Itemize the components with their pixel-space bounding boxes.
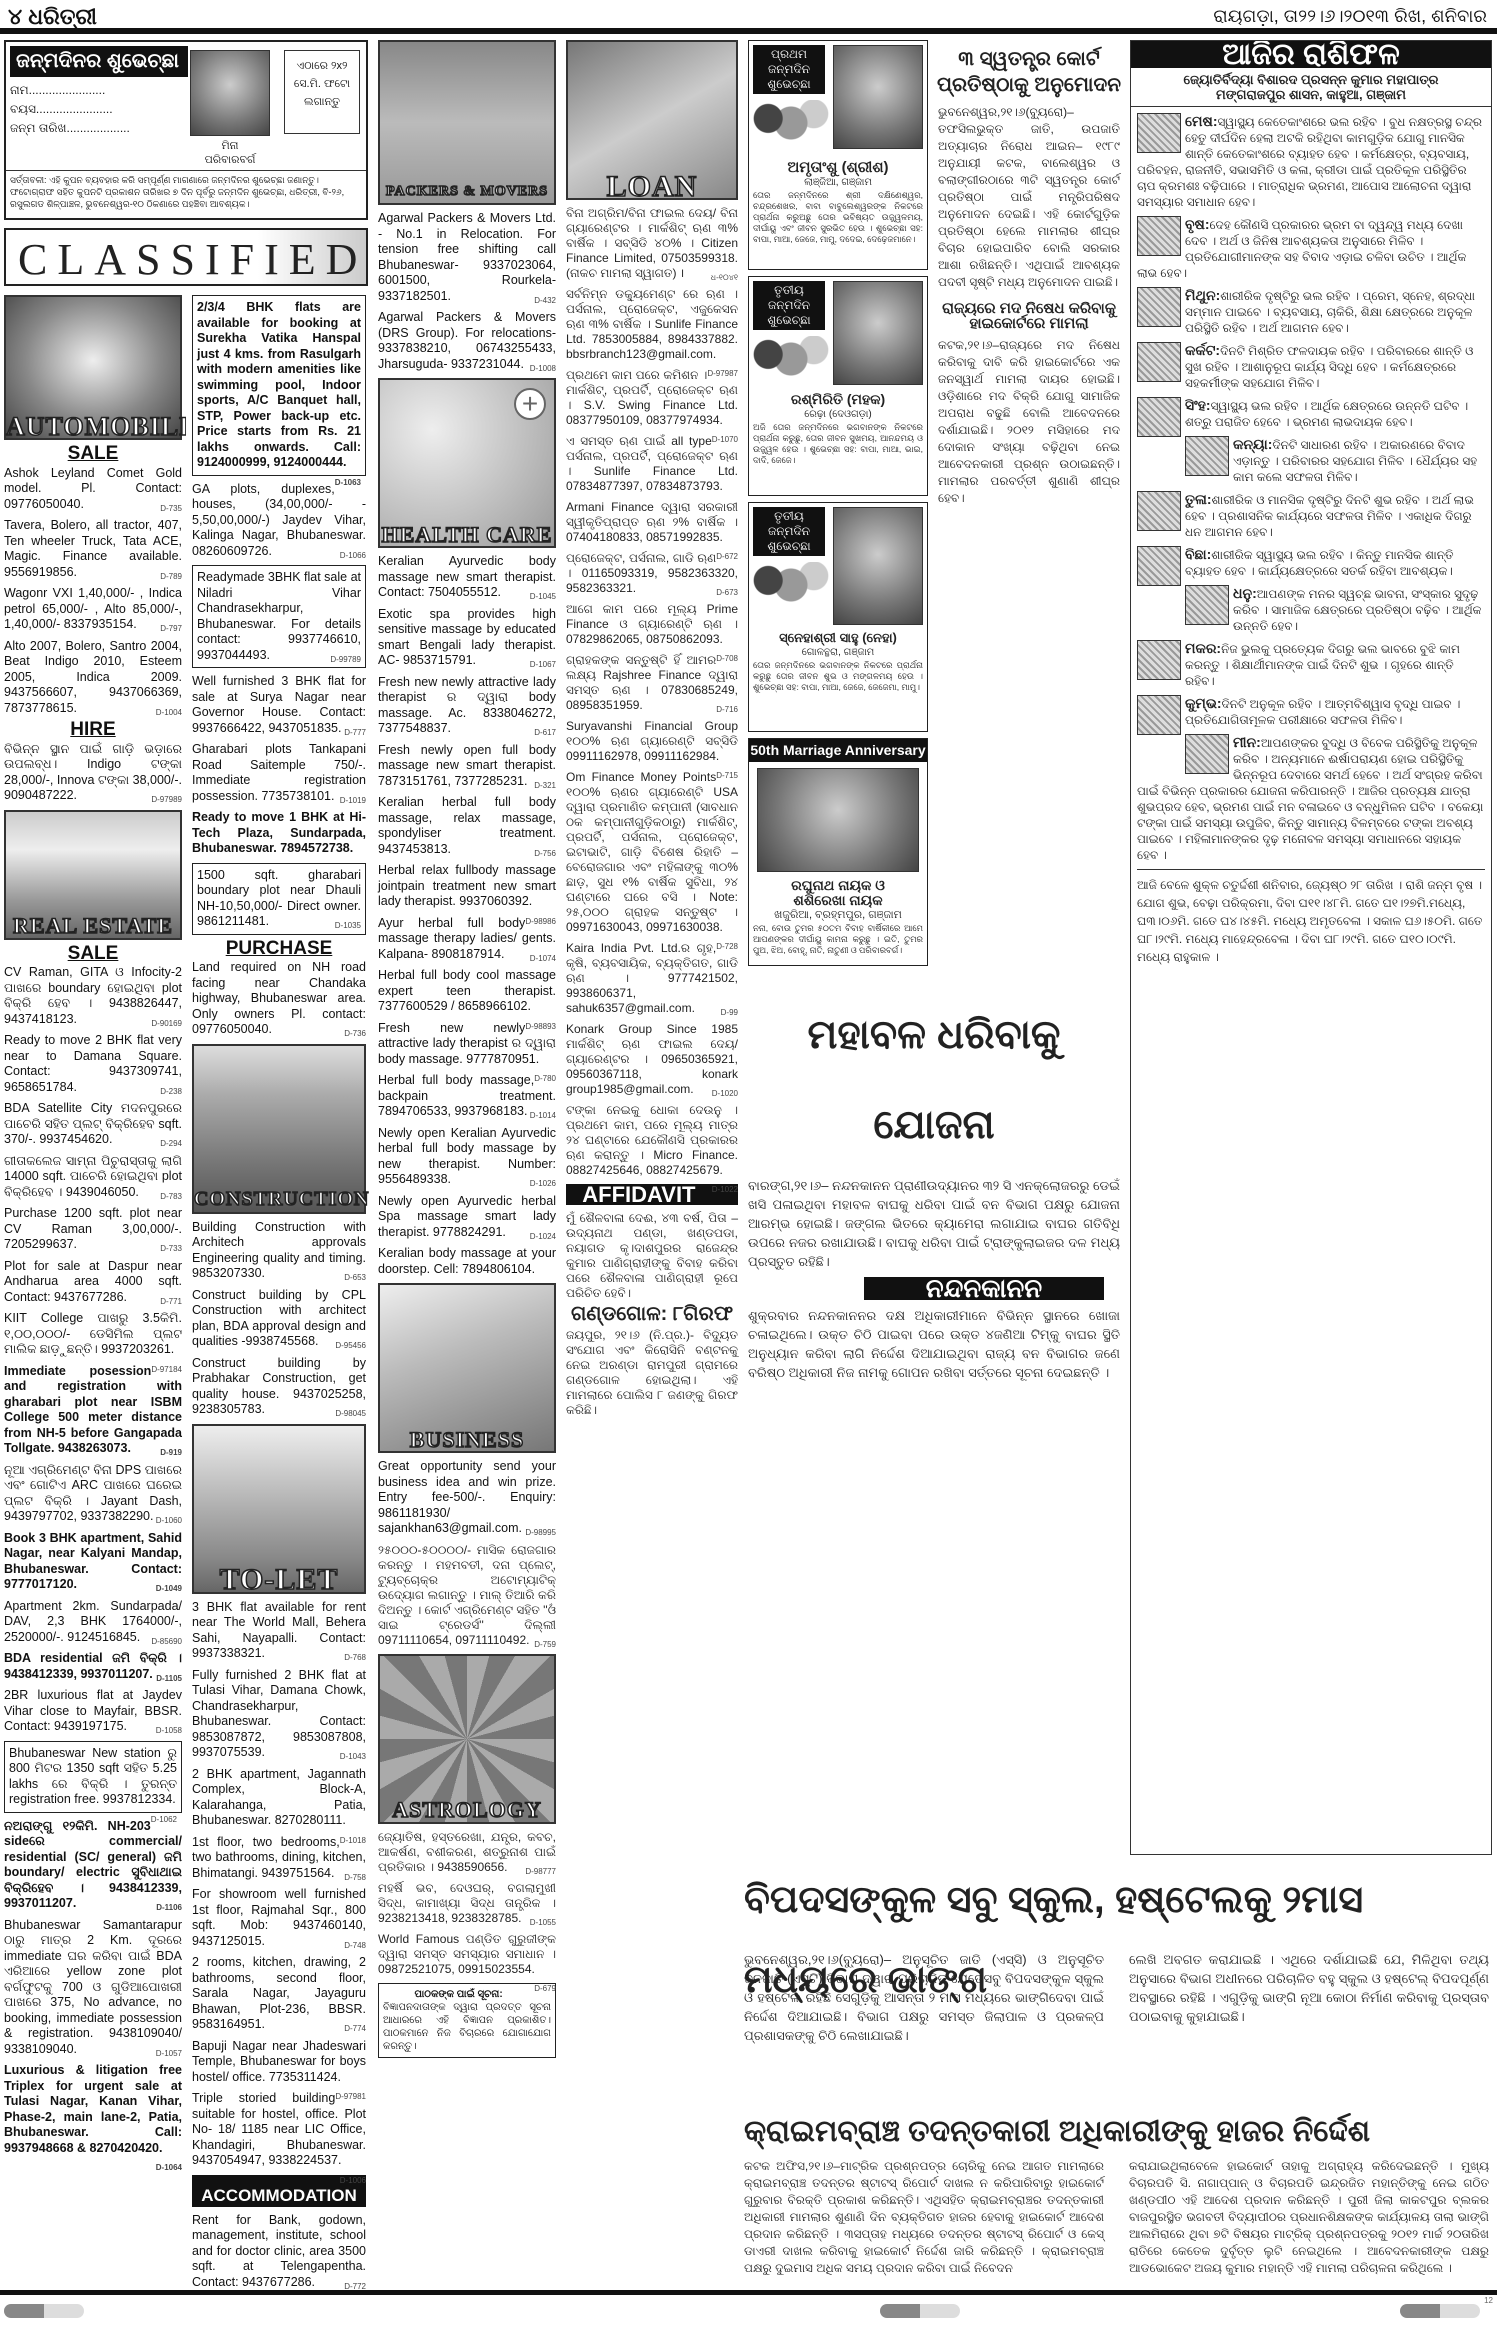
greeting-tag: ପ୍ରଥମ ଜନ୍ମଦିନ ଶୁଭେଚ୍ଛା: [753, 45, 825, 94]
sagittarius-icon: [1185, 585, 1229, 625]
coupon-title: ଜନ୍ମଦିନର ଶୁଭେଚ୍ଛା: [10, 46, 188, 77]
sample-caption-family: ପରିବାରବର୍ଗ: [190, 154, 270, 167]
child-photo: [833, 507, 923, 625]
classified-ad: Ready to move 1 BHK at Hi-Tech Plaza, Su…: [192, 810, 366, 857]
rasi-bichha: ବିଛା:ଶାରୀରିକ ସ୍ୱାସ୍ଥ୍ୟ ଭଲ ରହିବ । କିନ୍ତୁ …: [1137, 546, 1485, 579]
aquarius-icon: [1137, 695, 1181, 735]
classified-ad: Land required on NH road facing near Cha…: [192, 960, 366, 1038]
cancer-icon: [1137, 342, 1181, 382]
classified-ad: ଗୀତାକଲେଜ ସାମ୍ନା ପିଚୁରାସ୍ତାକୁ ଲାଗି 14000 …: [4, 1154, 182, 1201]
page-number: 12: [1484, 2296, 1493, 2305]
reader-notice-title: ପାଠକଙ୍କ ପାଇଁ ସୂଚନା:: [383, 1988, 551, 2001]
classified-ad: Building Construction with Architech app…: [192, 1220, 366, 1282]
classified-ad: CV Raman, GITA ଓ Infocity-2 ପାଖରେ bounda…: [4, 965, 182, 1027]
classified-ad: BDA residential ଜମି ବିକ୍ରି । 9438412339,…: [4, 1651, 182, 1682]
classified-ad: 3 BHK flat available for rent near The W…: [192, 1600, 366, 1662]
child-place: ରେଢ଼ା (ଦେଓଗଡ଼ା): [753, 407, 923, 422]
classified-ad: ସର୍ବନିମ୍ନ ଡକ୍ୟୁମେଣ୍ଟ ରେ ଋଣ । ପର୍ସନାଲ, ପ୍…: [566, 287, 738, 362]
classified-ad: ନଅରାଙ୍ଗୁ ୧୨କିମି. NH-203 sideରେ commercia…: [4, 1819, 182, 1912]
birthday-greeting: ତୃତୀୟ ଜନ୍ମଦିନ ଶୁଭେଚ୍ଛା ରଶ୍ମିରିତି (ମହକ) ର…: [748, 276, 928, 496]
rasi-mesha: ମେଷ:ସ୍ୱାସ୍ଥ୍ୟ କେତେକାଂଶରେ ଭଲ ରହିବ । ବୁଧ ନ…: [1137, 113, 1485, 210]
column-property: 2/3/4 BHK flats are available for bookin…: [188, 295, 370, 2290]
classified-ad: KIIT College ପାଖରୁ 3.5କିମି. ୧,୦୦,୦୦୦/- ଡ…: [4, 1311, 182, 1358]
classified-ad: Herbal full body cool massage expert tee…: [378, 968, 556, 1015]
classified-ad: 2BR luxurious flat at Jaydev Vihar close…: [4, 1688, 182, 1735]
column-services: PACKERS & MOVERS Agarwal Packers & Mover…: [374, 40, 560, 2290]
crime-body-left: କଟକ ଅଫିସ,୨୧।୬–ମାଟ୍ରିକ ପ୍ରଶ୍ନପତ୍ର ଚୋରିକୁ …: [744, 2158, 1104, 2277]
child-photo: [833, 281, 923, 385]
birthday-greeting: ପ୍ରଥମ ଜନ୍ମଦିନ ଶୁଭେଚ୍ଛା ଅମୃତାଂଶୁ (ଶ୍ରୀଶ) …: [748, 40, 928, 270]
horoscope-author-place: ମଙ୍ଗରାଜପୁର ଶାସନ, କାହୁଆ, ଗଞ୍ଜାମ: [1131, 87, 1491, 107]
mahabala-s: ନନ୍ଦନକାନନ: [864, 1277, 1104, 1300]
liquor-body: କଟକ,୨୧।୬–ରାଜ୍ୟରେ ମଦ ନିଷେଧ କରିବାକୁ ଦାବି କ…: [938, 337, 1120, 507]
hire-heading: HIRE: [0, 722, 186, 738]
pisces-icon: [1185, 734, 1229, 774]
greeting-tag: ତୃତୀୟ ଜନ୍ମଦିନ ଶୁଭେଚ୍ଛା: [753, 281, 825, 330]
classified-ad: ଗ୍ରାହକଙ୍କ ସନ୍ତୁଷ୍ଟି ହିଁ ଆମର ଲକ୍ଷ୍ୟ Rajsh…: [566, 653, 738, 713]
classified-ad: Ready to move 2 BHK flat very near to Da…: [4, 1033, 182, 1095]
classified-ad: Great opportunity send your business ide…: [378, 1459, 556, 1537]
classified-ad: ମହର୍ଷି ଭବ, ଦେଓଘର୍, ବଗଲାମୁଖୀ ସିଦ୍ଧ, କାମାଖ…: [378, 1881, 556, 1926]
realestate-banner: REAL ESTATE: [4, 810, 182, 940]
child-place: ଲାଞ୍ଜିଆ, ଗଞ୍ଜାମ: [753, 175, 923, 190]
aries-icon: [1137, 113, 1181, 153]
balloons-icon: [753, 336, 829, 382]
plus-icon: +: [514, 388, 546, 420]
liquor-headline-line1: ରାଜ୍ୟରେ ମଦ ନିଷେଧ କରିବାକୁ: [934, 301, 1124, 316]
classified-ad: ବିଭିନ୍ନ ସ୍ଥାନ ପାଇଁ ଗାଡ଼ି ଭଡ଼ାରେ ଉପଲବ୍ଧ। …: [4, 742, 182, 804]
construction-banner: CONSTRUCTION: [192, 1044, 366, 1214]
classified-ad: ପ୍ରୋଜେକ୍ଟ, ପର୍ସନାଲ, ଗାଡି ଋଣ । 0116509331…: [566, 551, 738, 596]
news-short-body: ଜୟପୁର, ୨୧।୬ (ନି.ପ୍ର.)- ବିଦ୍ୟୁତ ସଂଯୋଗ ଏବଂ…: [566, 1328, 738, 1418]
classified-ad: Keralian herbal full body massage, relax…: [378, 795, 556, 857]
astrology-banner: ASTROLOGY: [378, 1654, 556, 1824]
rasi-kanya: କନ୍ୟା:ଦିନଟି ସାଧାରଣ ରହିବ । ଅକାରଣରେ ବିବାଦ …: [1137, 436, 1485, 485]
crime-body-right: କରାଯାଇଥିଲାବେଳେ ହାଇକୋର୍ଟ ତାହାକୁ ଅଗ୍ରାହ୍ୟ …: [1129, 2158, 1489, 2277]
balloons-icon: [753, 562, 829, 608]
classified-ad: Bhubaneswar Samantarapur ଠାରୁ ମାତ୍ର 2 Km…: [4, 1918, 182, 2058]
classified-ad: Readymade 3BHK flat sale at Niladri Viha…: [192, 565, 366, 668]
classified-ad: 2/3/4 BHK flats are available for bookin…: [192, 295, 366, 476]
classified-ad: GA plots, duplexes, houses, (34,00,000/-…: [192, 482, 366, 560]
reader-notice: ପାଠକଙ୍କ ପାଇଁ ସୂଚନା: ବିଜ୍ଞାପନଦାତାଙ୍କ ଦ୍ୱା…: [378, 1983, 556, 2058]
sample-caption-name: ମିନା: [190, 140, 270, 153]
classified-ad: BDA Satellite City ମଦନପୁରରେ ପାଚେରି ସହିତ …: [4, 1101, 182, 1148]
classified-ad: Gharabari plots Tankapani Road Saitemple…: [192, 742, 366, 804]
horoscope-section: ଆଜିର ରାଶିଫଳ ଜ୍ୟୋତିର୍ବିଦ୍ୟା ବିଶାରଦ ପ୍ରସନ୍…: [1130, 40, 1492, 1855]
rasi-makara: ମକର:ନିଜ ଭୁଲକୁ ପ୍ରତ୍ୟେକ ଦିଗରୁ ଭଲ ଭାବରେ ବୁ…: [1137, 640, 1485, 689]
packers-banner: PACKERS & MOVERS: [378, 40, 556, 205]
child-name: ସ୍ନେହାଶ୍ରୀ ସାହୁ (ନେହା): [753, 630, 923, 645]
footer-rule: [0, 2290, 1497, 2295]
classified-ad: Wagonr VXI 1,40,000/- , Indica petrol 65…: [4, 586, 182, 633]
child-photo: [833, 45, 923, 149]
school-body-right: ଲେଖି ଅବଗତ କରାଯାଇଛି । ଏଥିରେ ଦର୍ଶାଯାଇଛି ଯେ…: [1129, 1950, 1489, 2026]
header-rule: [0, 28, 1497, 34]
classified-ad: Immediate posession and registration wit…: [4, 1364, 182, 1457]
rasi-karkata: କର୍କଟ:ଦିନଟି ମିଶ୍ରିତ ଫଳଦାୟକ ରହିବ । ପରିବାର…: [1137, 342, 1485, 391]
child-place: ଗୋଳନ୍ଥରା, ଗଞ୍ଜାମ: [753, 645, 923, 660]
classified-ad: Fresh new newly attractive lady therapis…: [378, 675, 556, 737]
anniversary-message: ନନା, ବୋଉ ତୁମର ୫୦ତମ ବିବାହ ବାର୍ଷିକୀରେ ଆମେ …: [749, 923, 927, 956]
child-name: ଅମୃତାଂଶୁ (ଶ୍ରୀଶ): [753, 160, 923, 175]
dateline: ରାୟଗଡ଼ା, ତା୨୨।୬।୨୦୧୩ ରିଖ, ଶନିବାର: [1213, 6, 1487, 27]
classified-logo-text: CLASSIFIED: [6, 230, 366, 289]
registration-mark-right: [1400, 2304, 1480, 2318]
rasi-kumbha: କୁମ୍ଭ:ଦିନଟି ଅନୁକୂଳ ରହିବ । ଆତ୍ମବିଶ୍ୱାସ ବୃ…: [1137, 695, 1485, 728]
rasi-dhanu: ଧନୁ:ଆପଣଙ୍କ ମନର ସ୍ୱଚ୍ଛ ଭାବନା, ସଂସ୍କାର ସୁଦ…: [1137, 585, 1485, 634]
court-headline-line2: ପ୍ରତିଷ୍ଠାକୁ ଅନୁମୋଦନ: [934, 72, 1124, 98]
crime-headline: କ୍ରାଇମବ୍ରାଞ୍ଚ ତଦନ୍ତକାରୀ ଅଧିକାରୀଙ୍କୁ ହାଜର…: [744, 2110, 1494, 2154]
classified-ad: World Famous ପଣ୍ଡିତ ଗୁରୁଜୀଙ୍କ ଦ୍ୱାରା ସମସ…: [378, 1932, 556, 1977]
panjika: ଆଜି ବେଳେ ଶୁକ୍ଳ ଚତୁର୍ଦ୍ଦଶୀ ଶନିବାର, ଜ୍ୟେଷ୍…: [1137, 869, 1485, 966]
mahabala-headline: ମହାବଳ ଧରିବାକୁ ଯୋଜନା: [744, 990, 1124, 1170]
greeting-message: ତୋର ଜନ୍ମଦିନରେ ଭଗବାନଙ୍କ ନିକଟରେ ପ୍ରାର୍ଥନା …: [753, 660, 923, 693]
virgo-icon: [1185, 436, 1229, 476]
classified-ad: Fresh newly open full body massage new s…: [378, 743, 556, 790]
classified-ad: ଜ୍ୟୋତିଷ, ହସ୍ତରେଖା, ଯନ୍ତ୍ର, କବଚ, ଆକର୍ଷଣ, …: [378, 1830, 556, 1875]
classified-ad: For showroom well furnished 1st floor, R…: [192, 1887, 366, 1949]
horoscope-title: ଆଜିର ରାଶିଫଳ: [1131, 41, 1491, 68]
business-banner: BUSINESS: [378, 1283, 556, 1453]
crime-story: କ୍ରାଇମବ୍ରାଞ୍ଚ ତଦନ୍ତକାରୀ ଅଧିକାରୀଙ୍କୁ ହାଜର…: [744, 2110, 1494, 2288]
classified-ad: Well furnished 3 BHK flat for sale at Su…: [192, 674, 366, 736]
sample-photo: [190, 50, 270, 136]
greeting-message: ଅଜି ତୋର ଜନ୍ମଦିନରେ ଭଗବାନଙ୍କ ନିକଟରେ ପ୍ରାର୍…: [753, 422, 923, 466]
libra-icon: [1137, 491, 1181, 531]
classified-ad: Purchase 1200 sqft. plot near CV Raman 3…: [4, 1206, 182, 1253]
classified-ad: ୨୫୦୦୦-୫୦୦୦୦/- ମାସିକ ରୋଜଗାର କରନ୍ତୁ । ମହମବ…: [378, 1543, 556, 1648]
classified-logo: CLASSIFIED: [4, 228, 368, 286]
couple-place: ଖଜୁରିଆ, ବ୍ରହ୍ମପୁର, ଗଞ୍ଜାମ: [749, 908, 927, 923]
gemini-icon: [1137, 287, 1181, 327]
classified-ad: Bapuji Nagar near Jhadeswari Temple, Bhu…: [192, 2039, 366, 2086]
greeting-message: ତୋର ଜନ୍ମଦିନରେ ଶ୍ରୀ ଦକ୍ଷିଣେଶ୍ୱର, ଚନ୍ଦ୍ରଶେ…: [753, 190, 923, 245]
couple-name-2: ଶଶିରେଖା ନାୟକ: [749, 893, 927, 908]
realestate-sale-heading: SALE: [0, 946, 186, 962]
classified-ad: Armani Finance ଦ୍ୱାରା ସରକାରୀ ସ୍ୱୀକୃତିପ୍ର…: [566, 500, 738, 545]
classified-ad: Om Finance Money Points ୧୦୦% ଋଣର ଗ୍ୟାରେଣ…: [566, 770, 738, 935]
column-loan: LOAN ବିନା ଅଗ୍ରିମ/ବିନା ଫାଇଲ ଦେୟ/ ବିନା ଗ୍ୟ…: [562, 40, 742, 2290]
purchase-heading: PURCHASE: [188, 941, 370, 957]
rasi-meena: ମୀନ:ଆପଣଙ୍କର ବୁଦ୍ଧି ଓ ବିବେକ ପରିସ୍ଥିତିକୁ ଅ…: [1137, 734, 1485, 863]
classified-ad: Suryavanshi Financial Group ୧୦୦% ଋଣ ଗ୍ୟା…: [566, 719, 738, 764]
affidavit-text: ମୁଁ ଶୈଳବାଳା ଦେଈ, ୪୩ ବର୍ଷ, ପିତା – ଉଦ୍ୟନାଥ…: [566, 1211, 738, 1301]
leo-icon: [1137, 397, 1181, 437]
classified-ad: Agarwal Packers & Movers (DRS Group). Fo…: [378, 310, 556, 372]
classified-ad: Book 3 BHK apartment, Sahid Nagar, near …: [4, 1531, 182, 1593]
classified-ad: 2 BHK apartment, Jagannath Complex, Bloc…: [192, 1767, 366, 1829]
coupon-terms: ସର୍ତ୍ତାବଳୀ: ଏହି କୁପନ ବ୍ୟବହାର କରି ସମ୍ପୂର୍…: [6, 170, 366, 213]
classified-ad: Herbal relax fullbody massage jointpain …: [378, 863, 556, 910]
classified-ad: Exotic spa provides high sensitive massa…: [378, 607, 556, 669]
rasi-brusha: ବୃଷ:ଦେହ କୌଣସି ପ୍ରକାରର ଭ୍ରମ ବା ଦ୍ୱନ୍ଦ୍ୱ ମ…: [1137, 216, 1485, 281]
classified-ad: Apartment 2km. Sundarpada/ DAV, 2,3 BHK …: [4, 1599, 182, 1646]
column-greetings: ପ୍ରଥମ ଜନ୍ମଦିନ ଶୁଭେଚ୍ଛା ଅମୃତାଂଶୁ (ଶ୍ରୀଶ) …: [744, 40, 932, 980]
registration-mark-center: [880, 2304, 960, 2318]
tolet-banner: TO-LET: [192, 1424, 366, 1594]
classified-ad: Bhubaneswar New station ରୁ 800 ମିଟର 1350…: [4, 1741, 182, 1813]
birthday-greeting: ତୃତୀୟ ଜନ୍ମଦିନ ଶୁଭେଚ୍ଛା ସ୍ନେହାଶ୍ରୀ ସାହୁ (…: [748, 502, 928, 732]
rasi-tula: ତୁଳା:ଶାରୀରିକ ଓ ମାନସିକ ଦୃଷ୍ଟିରୁ ଦିନଟି ଶୁଭ…: [1137, 491, 1485, 540]
classified-ad: ଆଗେ କାମ ପରେ ମୂଲ୍ୟ Prime Finance ଓ ଗ୍ୟାରେ…: [566, 602, 738, 647]
classified-ad: Alto 2007, Bolero, Santro 2004, Beat Ind…: [4, 639, 182, 717]
classified-ad: Rent for Bank, godown, management, insti…: [192, 2213, 366, 2291]
reader-notice-text: ବିଜ୍ଞାପନଦାତାଙ୍କ ଦ୍ୱାରା ପ୍ରଦତ୍ତ ସୂଚନା ଆଧା…: [383, 2001, 551, 2053]
sale-heading: SALE: [0, 446, 186, 462]
photo-placeholder-box: ଏଠାରେ ୨x୨ ସେ.ମି. ଫଟୋ ଲଗାନ୍ତୁ: [284, 50, 360, 134]
classified-ad: Keralian body massage at your doorstep. …: [378, 1246, 556, 1277]
classified-ad: Keralian Ayurvedic body massage new smar…: [378, 554, 556, 601]
classified-ad: Konark Group Since 1985 ମାର୍କଶିଟ୍ ଋଣ ଫାଇ…: [566, 1022, 738, 1097]
classified-ad: Newly open Ayurvedic herbal Spa massage …: [378, 1194, 556, 1241]
rasi-mithuna: ମିଥୁନ:ଶାରୀରିକ ଦୃଷ୍ଟିରୁ ଭଲ ରହିବ । ପ୍ରେମ, …: [1137, 287, 1485, 336]
classified-ad: Construct building by Prabhakar Construc…: [192, 1356, 366, 1418]
anniversary-greeting: 50th Marriage Anniversary ରଘୁନାଥ ନାୟକ ଓ …: [748, 738, 928, 966]
classified-ad: Tavera, Bolero, all tractor, 407, Ten wh…: [4, 518, 182, 580]
horoscope-author: ଜ୍ୟୋତିର୍ବିଦ୍ୟା ବିଶାରଦ ପ୍ରସନ୍ନ କୁମାର ମହାପ…: [1131, 72, 1491, 87]
balloons-icon: [753, 100, 829, 146]
column-automobile-realestate: AUTOMOBILE SALE Ashok Leyland Comet Gold…: [0, 295, 186, 2290]
anniversary-title: 50th Marriage Anniversary: [749, 739, 927, 762]
registration-mark-left: [4, 2304, 84, 2318]
court-body: ଭୁବନେଶ୍ୱର,୨୧।୬(ବ୍ୟୁରୋ)– ତଫସିଲଭୁକ୍ତ ଜାତି,…: [938, 104, 1120, 291]
mahabala-body-2: ଶୁକ୍ରବାର ନନ୍ଦନକାନନର ଦକ୍ଷ ଅଧିକାରୀମାନେ ବିଭ…: [748, 1306, 1120, 1382]
mahabala-subhead: ନନ୍ଦନକାନନ: [926, 1273, 1042, 1303]
classified-ad: Construct building by CPL Construction w…: [192, 1288, 366, 1350]
column-news-court: ୩ ସ୍ୱତନ୍ତ୍ର କୋର୍ଟ ପ୍ରତିଷ୍ଠାକୁ ଅନୁମୋଦନ ଭୁ…: [934, 40, 1124, 980]
court-headline-line1: ୩ ସ୍ୱତନ୍ତ୍ର କୋର୍ଟ: [934, 46, 1124, 72]
school-story: ବିପଦସଙ୍କୁଳ ସବୁ ସ୍କୁଲ, ହଷ୍ଟେଲକୁ ୨ମାସ ମଧ୍ୟ…: [744, 1860, 1494, 2110]
classified-ad: Ashok Leyland Comet Gold model. Pl. Cont…: [4, 466, 182, 513]
classified-ad: Luxurious & litigation free Triplex for …: [4, 2063, 182, 2156]
child-name: ରଶ୍ମିରିତି (ମହକ): [753, 392, 923, 407]
classified-ad: Herbal full body massage, backpain treat…: [378, 1073, 556, 1120]
classified-ad: Fully furnished 2 BHK flat at Tulasi Vih…: [192, 1668, 366, 1761]
page-label: ୪ ଧରିତ୍ରୀ: [8, 4, 97, 30]
classified-ad: Agarwal Packers & Movers Ltd. - No.1 in …: [378, 211, 556, 304]
classified-ad: 2 rooms, kitchen, drawing, 2 bathrooms, …: [192, 1955, 366, 2033]
liquor-headline-line2: ହାଇକୋର୍ଟରେ ମାମଲା: [934, 316, 1124, 331]
classified-ad: ଟଙ୍କା ନେଇକୁ ଧୋକା ଦେଉନୁ । ପ୍ରଥମେ କାମ, ପରେ…: [566, 1103, 738, 1178]
birthday-coupon: ଜନ୍ମଦିନର ଶୁଭେଚ୍ଛା ନାମ...................…: [4, 40, 368, 220]
couple-photo: [757, 768, 919, 872]
rasi-simha: ସିଂହ:ସ୍ୱାସ୍ଥ୍ୟ ଭଲ ରହିବ । ଆର୍ଥିକ କ୍ଷେତ୍ରର…: [1137, 397, 1485, 430]
scorpio-icon: [1137, 546, 1181, 586]
taurus-icon: [1137, 216, 1181, 256]
school-body-left: ଭୁବନେଶ୍ୱର,୨୧।୬(ବ୍ୟୁରୋ)– ଅନୁସୂଚିତ ଜାତି (ଏ…: [744, 1950, 1104, 2045]
capricorn-icon: [1137, 640, 1181, 680]
couple-name-1: ରଘୁନାଥ ନାୟକ ଓ: [749, 878, 927, 893]
classified-ad: ନୂଆ ଏଗ୍ରିମେଣ୍ଟ ବିନା DPS ପାଖରେ ଏବଂ ଗୋଟିଏ …: [4, 1463, 182, 1525]
healthcare-banner: + HEALTH CARE: [378, 378, 556, 548]
greeting-tag: ତୃତୀୟ ଜନ୍ମଦିନ ଶୁଭେଚ୍ଛା: [753, 507, 825, 556]
classified-ad: 1500 sqft. gharabari boundary plot near …: [192, 863, 366, 935]
automobile-banner: AUTOMOBILE: [4, 295, 182, 440]
classified-ad: Kaira India Pvt. Ltd.ର ଗୃହ, କୃଷି, ବ୍ୟବସା…: [566, 941, 738, 1016]
classified-ad: Plot for sale at Daspur near Andharua ar…: [4, 1259, 182, 1306]
loan-banner: LOAN: [566, 40, 738, 200]
classified-ad: ବିନା ଅଗ୍ରିମ/ବିନା ଫାଇଲ ଦେୟ/ ବିନା ଗ୍ୟାରେଣ୍…: [566, 206, 738, 281]
mahabala-body-1: ବାରଙ୍ଗ,୨୧।୬– ନନ୍ଦନକାନନ ପ୍ରାଣୀଉଦ୍ୟାନର ୩୨ …: [748, 1176, 1120, 1271]
classified-ad: Newly open Keralian Ayurvedic herbal ful…: [378, 1126, 556, 1188]
mahabala-story: ମହାବଳ ଧରିବାକୁ ଯୋଜନା ବାରଙ୍ଗ,୨୧।୬– ନନ୍ଦନକା…: [744, 990, 1124, 1855]
news-short-headline: ଗଣ୍ଡଗୋଳ: ୮ଗିରଫ: [566, 1307, 738, 1322]
